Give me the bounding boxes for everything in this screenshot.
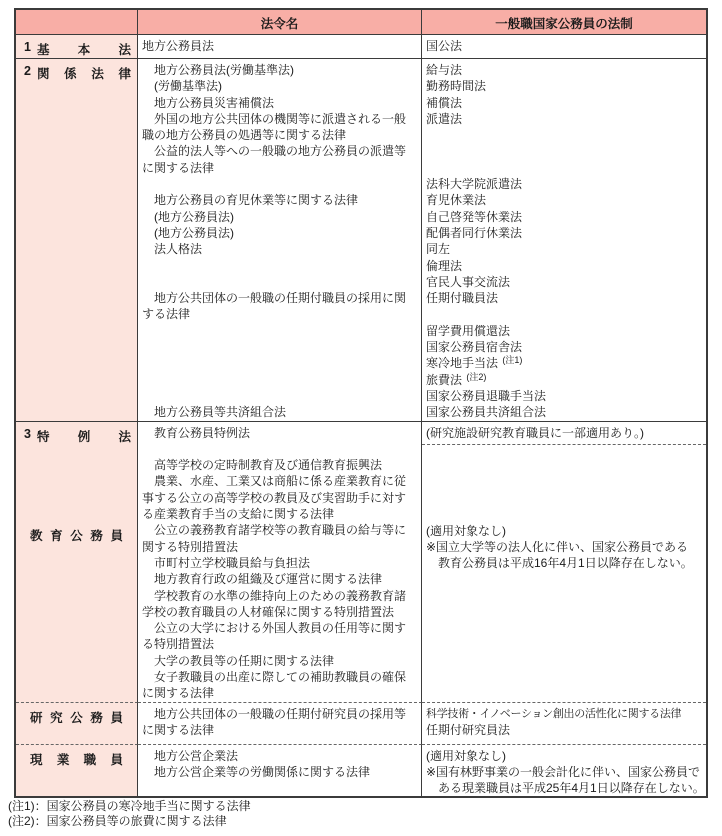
text-line: 地方公務員等共済組合法: [142, 404, 417, 420]
research-staff-label: 研究公務員: [16, 708, 137, 726]
text-line: 関する特別措置法: [142, 539, 417, 555]
law-comparison-table: 法令名 一般職国家公務員の法制 1 基本法 地方公務員法 国公法: [16, 10, 706, 796]
text-line: 地方公務員の育児休業等に関する法律: [142, 192, 417, 208]
row-label-text: 関係法律: [37, 64, 131, 82]
text-line: 地方公務員法: [142, 38, 417, 54]
text-line: 法科大学院派遣法: [426, 176, 702, 192]
text-line: 任期付研究員法: [426, 722, 702, 738]
text-line: 国家公務員宿舎法: [426, 339, 702, 355]
text-line: [426, 127, 702, 143]
related-laws-label: 2 関係法律: [16, 64, 137, 82]
text-line: る産業教育手当の支給に関する法律: [142, 506, 417, 522]
national-lines: (適用対象なし)※国有林野事業の一般会計化に伴い、国家公務員で ある現業職員は平…: [426, 748, 702, 797]
text-line: する法律: [142, 306, 417, 322]
row-related-laws: 2 関係法律 地方公務員法(労働基準法) (労働基準法) 地方公務員災害補償法 …: [16, 58, 706, 421]
law-lines: 地方公営企業法 地方公営企業等の労働関係に関する法律: [142, 748, 417, 781]
text-line: 給与法: [426, 62, 702, 78]
text-line: 寒冷地手当法 (注1): [426, 355, 702, 371]
text-line: ある現業職員は平成25年4月1日以降存在しない。: [426, 780, 702, 796]
special-laws-label: 3 特例法: [16, 427, 137, 445]
text-line: 法人格法: [142, 241, 417, 257]
text-line: 高等学校の定時制教育及び通信教育振興法: [142, 457, 417, 473]
law-comparison-table-frame: 法令名 一般職国家公務員の法制 1 基本法 地方公務員法 国公法: [14, 8, 708, 798]
page: 法令名 一般職国家公務員の法制 1 基本法 地方公務員法 国公法: [0, 0, 722, 836]
text-line: 地方教育行政の組織及び運営に関する法律: [142, 571, 417, 587]
text-line: 国家公務員退職手当法: [426, 388, 702, 404]
education-national-note: (適用対象なし)※国立大学等の法人化に伴い、国家公務員である 教育公務員は平成1…: [422, 523, 706, 572]
text-line: 地方公共団体の一般職の任期付研究員の採用等: [142, 706, 417, 722]
education-national-laws-cell: (研究施設研究教育職員に一部適用あり。) (適用対象なし)※国立大学等の法人化に…: [422, 421, 706, 702]
text-line: 自己啓発等休業法: [426, 209, 702, 225]
education-staff-label: 教育公務員: [16, 526, 137, 544]
text-line: に関する法律: [142, 722, 417, 738]
basic-national-law-cell: 国公法: [422, 34, 706, 58]
header-law-name-cell: 法令名: [138, 10, 422, 34]
related-law-names-cell: 地方公務員法(労働基準法) (労働基準法) 地方公務員災害補償法 外国の地方公共…: [138, 58, 422, 421]
text-line: 学校の教育職員の人材確保に関する特別措置法: [142, 604, 417, 620]
research-staff-label-cell: 研究公務員: [16, 702, 138, 744]
basic-law-name-cell: 地方公務員法: [138, 34, 422, 58]
text-line: に関する法律: [142, 685, 417, 701]
law-lines: 地方公務員法: [142, 38, 417, 54]
national-lines: 国公法: [426, 38, 702, 54]
footnotes: (注1)：国家公務員の寒冷地手当に関する法律 (注2)：国家公務員等の旅費に関す…: [8, 799, 251, 829]
footnote-1: (注1)：国家公務員の寒冷地手当に関する法律: [8, 799, 251, 814]
operational-staff-label-cell: 現業職員: [16, 744, 138, 797]
basic-law-label: 1 基本法: [16, 40, 137, 58]
row-operational-staff: 現業職員 地方公営企業法 地方公営企業等の労働関係に関する法律 (適用対象なし)…: [16, 744, 706, 797]
text-line: 地方公共団体の一般職の任期付職員の採用に関: [142, 290, 417, 306]
text-line: (地方公務員法): [142, 225, 417, 241]
text-line: [142, 372, 417, 388]
research-law-names-cell: 地方公共団体の一般職の任期付研究員の採用等に関する法律: [138, 702, 422, 744]
row-label-text: 特例法: [37, 427, 131, 445]
text-line: [142, 441, 417, 457]
text-line: 配偶者同行休業法: [426, 225, 702, 241]
text-line: [426, 143, 702, 159]
text-line: [142, 176, 417, 192]
text-line: [426, 160, 702, 176]
national-lines: 科学技術・イノベーション創出の活性化に関する法律任期付研究員法: [426, 706, 702, 739]
text-line: [142, 323, 417, 339]
operational-national-laws-cell: (適用対象なし)※国有林野事業の一般会計化に伴い、国家公務員で ある現業職員は平…: [422, 744, 706, 797]
text-line: 旅費法 (注2): [426, 372, 702, 388]
row-special-laws-education: 3 特例法 教育公務員 教育公務員特例法 高等学校の定時制教育及び通信教育振興法…: [16, 421, 706, 702]
law-lines: 教育公務員特例法 高等学校の定時制教育及び通信教育振興法 農業、水産、工業又は商…: [142, 425, 417, 702]
text-line: (適用対象なし): [426, 748, 702, 764]
related-laws-label-cell: 2 関係法律: [16, 58, 138, 421]
text-line: 学校教育の水準の維持向上のための義務教育諸: [142, 588, 417, 604]
text-line: [142, 388, 417, 404]
text-line: (労働基準法): [142, 78, 417, 94]
row-label-text: 基本法: [37, 40, 131, 58]
footnote-marker: (注1): [502, 355, 522, 365]
text-line: 農業、水産、工業又は商船に係る産業教育に従: [142, 473, 417, 489]
header-national-law-cell: 一般職国家公務員の法制: [422, 10, 706, 34]
partial-application-note: (研究施設研究教育職員に一部適用あり。): [422, 422, 706, 441]
row-research-staff: 研究公務員 地方公共団体の一般職の任期付研究員の採用等に関する法律 科学技術・イ…: [16, 702, 706, 744]
law-lines: 地方公務員法(労働基準法) (労働基準法) 地方公務員災害補償法 外国の地方公共…: [142, 62, 417, 421]
text-line: 官民人事交流法: [426, 274, 702, 290]
basic-law-label-cell: 1 基本法: [16, 34, 138, 58]
text-line: る特別措置法: [142, 636, 417, 652]
text-line: 地方公務員法(労働基準法): [142, 62, 417, 78]
text-line: 公立の義務教育諸学校等の教育職員の給与等に: [142, 522, 417, 538]
text-line: 勤務時間法: [426, 78, 702, 94]
footnote-2: (注2)：国家公務員等の旅費に関する法律: [8, 814, 251, 829]
partial-application-divider: [422, 444, 706, 445]
text-line: に関する法律: [142, 160, 417, 176]
text-line: 倫理法: [426, 258, 702, 274]
row-number: 3: [24, 427, 37, 445]
text-line: ※国有林野事業の一般会計化に伴い、国家公務員で: [426, 764, 702, 780]
text-line: 公益的法人等への一般職の地方公務員の派遣等: [142, 143, 417, 159]
header-empty-cell: [16, 10, 138, 34]
footnote-marker: (注2): [466, 372, 486, 382]
header-row: 法令名 一般職国家公務員の法制: [16, 10, 706, 34]
text-line: [142, 355, 417, 371]
text-line: 地方公務員災害補償法: [142, 95, 417, 111]
text-line: (適用対象なし): [426, 523, 702, 539]
text-line: 市町村立学校職員給与負担法: [142, 555, 417, 571]
text-line: 科学技術・イノベーション創出の活性化に関する法律: [426, 706, 702, 722]
row-number: 1: [24, 40, 37, 58]
text-line: 大学の教員等の任期に関する法律: [142, 653, 417, 669]
row-basic-law: 1 基本法 地方公務員法 国公法: [16, 34, 706, 58]
related-national-laws-cell: 給与法勤務時間法補償法派遣法 法科大学院派遣法育児休業法自己啓発等休業法配偶者同…: [422, 58, 706, 421]
text-line: 外国の地方公共団体の機関等に派遣される一般: [142, 111, 417, 127]
text-line: 地方公営企業法: [142, 748, 417, 764]
operational-law-names-cell: 地方公営企業法 地方公営企業等の労働関係に関する法律: [138, 744, 422, 797]
text-line: 公立の大学における外国人教員の任用等に関す: [142, 620, 417, 636]
text-line: 教育公務員特例法: [142, 425, 417, 441]
education-law-names-cell: 教育公務員特例法 高等学校の定時制教育及び通信教育振興法 農業、水産、工業又は商…: [138, 421, 422, 702]
research-national-laws-cell: 科学技術・イノベーション創出の活性化に関する法律任期付研究員法: [422, 702, 706, 744]
text-line: 事する公立の高等学校の教員及び実習助手に対す: [142, 490, 417, 506]
text-line: [426, 306, 702, 322]
text-line: 任期付職員法: [426, 290, 702, 306]
text-line: 補償法: [426, 95, 702, 111]
text-line: 教育公務員は平成16年4月1日以降存在しない。: [426, 555, 702, 571]
text-line: [142, 274, 417, 290]
special-laws-label-cell: 3 特例法 教育公務員: [16, 421, 138, 702]
law-lines: 地方公共団体の一般職の任期付研究員の採用等に関する法律: [142, 706, 417, 739]
national-lines: 給与法勤務時間法補償法派遣法 法科大学院派遣法育児休業法自己啓発等休業法配偶者同…: [426, 62, 702, 421]
row-number: 2: [24, 64, 37, 82]
text-line: 育児休業法: [426, 192, 702, 208]
text-line: [142, 258, 417, 274]
text-line: 女子教職員の出産に際しての補助教職員の確保: [142, 669, 417, 685]
text-line: 同左: [426, 241, 702, 257]
text-line: 国家公務員共済組合法: [426, 404, 702, 420]
text-line: (研究施設研究教育職員に一部適用あり。): [426, 425, 702, 441]
text-line: (地方公務員法): [142, 209, 417, 225]
operational-staff-label: 現業職員: [16, 750, 137, 768]
text-line: [142, 339, 417, 355]
text-line: 職の地方公務員の処遇等に関する法律: [142, 127, 417, 143]
text-line: 国公法: [426, 38, 702, 54]
text-line: 留学費用償還法: [426, 323, 702, 339]
text-line: ※国立大学等の法人化に伴い、国家公務員である: [426, 539, 702, 555]
text-line: 派遣法: [426, 111, 702, 127]
text-line: 地方公営企業等の労働関係に関する法律: [142, 764, 417, 780]
